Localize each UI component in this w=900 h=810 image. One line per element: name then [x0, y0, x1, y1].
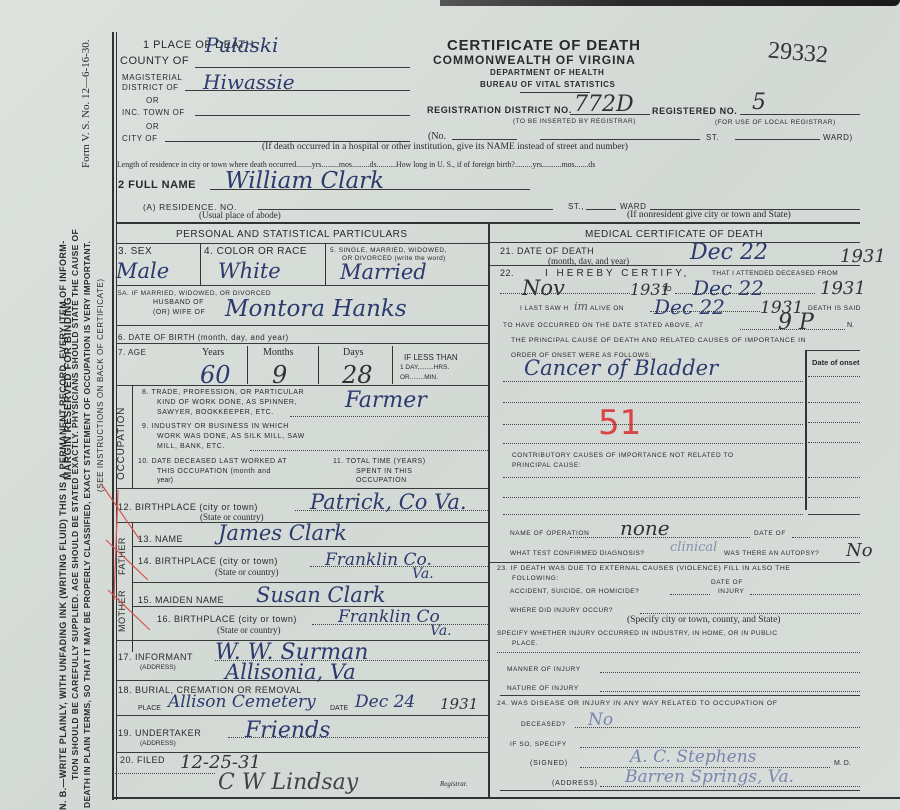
registered-line [740, 114, 860, 115]
trade-label-2: KIND OF WORK DONE, AS SPINNER, [157, 399, 297, 406]
residence-line [258, 209, 553, 210]
spouse-label-3: (OR) WIFE OF [153, 309, 205, 316]
street-line [540, 139, 700, 140]
scan-edge-shadow [440, 0, 900, 6]
signed-label: (SIGNED) [530, 760, 568, 767]
margin-line-4: (SEE INSTRUCTIONS ON BACK OF CERTIFICATE… [96, 278, 105, 492]
form-id: Form V. S. No. 12—6-16-30. [80, 39, 92, 168]
death-certificate: Form V. S. No. 12—6-16-30. MARGIN RESERV… [0, 0, 900, 810]
death-said-label: DEATH IS SAID [808, 305, 861, 312]
years-label: Years [202, 347, 224, 358]
residence-st-line [586, 209, 616, 210]
operation-label: NAME OF OPERATION [510, 530, 589, 537]
last-saw-label: I LAST SAW H [520, 305, 569, 312]
spouse-label-2: HUSBAND OF [153, 299, 204, 306]
where-label: WHERE DID INJURY OCCUR? [510, 607, 613, 614]
district-line [185, 90, 410, 91]
onset-label: Date of onset [812, 358, 860, 367]
mother-name-value: Susan Clark [256, 583, 385, 607]
contrib-label-2: PRINCIPAL CAUSE: [512, 462, 581, 469]
reg-district-note: (TO BE INSERTED BY REGISTRAR) [513, 118, 636, 125]
registrar-signature: C W Lindsay [218, 770, 358, 795]
red-classification-code: 51 [598, 403, 641, 443]
ifso-label: IF SO, SPECIFY [510, 741, 567, 748]
burial-year-value: 1931 [440, 695, 478, 713]
registered-value: 5 [752, 90, 766, 115]
county-value: Pulaski [205, 33, 278, 57]
totaltime-label-3: OCCUPATION [356, 477, 407, 484]
full-name-label: 2 FULL NAME [118, 179, 196, 191]
undertaker-sub: (ADDRESS) [140, 740, 176, 747]
lastworked-label-2: THIS OCCUPATION (month and [157, 468, 271, 475]
registered-label: REGISTERED NO. [652, 106, 737, 116]
less-label-3: OR........MIN. [400, 374, 438, 381]
red-check-marks [100, 480, 160, 650]
mother-bp-state: Va. [430, 623, 452, 639]
signed-value: A. C. Stephens [630, 747, 756, 767]
certificate-title: CERTIFICATE OF DEATH [447, 37, 641, 54]
town-line [195, 115, 410, 116]
industry-label-1: 9. INDUSTRY OR BUSINESS IN WHICH [142, 423, 289, 430]
nature-label: NATURE OF INJURY [507, 685, 579, 692]
attended-from: Nov [522, 276, 565, 300]
mother-bp-sub: (State or country) [217, 625, 280, 635]
or-1: OR [146, 96, 159, 105]
personal-heading: PERSONAL AND STATISTICAL PARTICULARS [176, 229, 408, 240]
n-label: N. [847, 322, 854, 329]
accident-label: ACCIDENT, SUICIDE, OR HOMICIDE? [510, 588, 639, 595]
occupation-side-label: OCCUPATION [116, 407, 127, 480]
totaltime-label-2: SPENT IN THIS [356, 468, 412, 475]
nonresident-note: (If nonresident give city or town and St… [627, 210, 791, 220]
filed-label: 20. FILED [120, 755, 165, 765]
registered-note: (FOR USE OF LOCAL REGISTRAR) [715, 119, 836, 126]
cause-value: Cancer of Bladder [524, 356, 718, 380]
hospital-note: (If death occurred in a hospital or othe… [262, 142, 628, 152]
mother-bp-label: 16. BIRTHPLACE (city or town) [157, 614, 297, 624]
certify-label: I HEREBY CERTIFY, [545, 268, 689, 279]
last-saw-him: im [574, 300, 588, 313]
reg-district-line [570, 114, 650, 115]
father-name-value: James Clark [218, 521, 347, 545]
margin-line-1: N. B.—WRITE PLAINLY, WITH UNFADING INK (… [58, 240, 68, 810]
age-label: 7. AGE [118, 348, 146, 357]
date-of-label: DATE OF [711, 579, 743, 586]
race-label: 4. COLOR OR RACE [204, 246, 307, 257]
days-label: Days [343, 347, 364, 358]
registrar-label: Registrar. [440, 780, 467, 788]
op-date-label: DATE OF [754, 530, 786, 537]
county-line [195, 67, 410, 68]
related-label-2: DECEASED? [521, 721, 566, 728]
industry-label-3: MILL, BANK, ETC. [157, 443, 225, 450]
months-label: Months [263, 347, 294, 358]
burial-date-label: DATE [330, 705, 348, 712]
trade-label-3: SAWYER, BOOKKEEPER, ETC. [157, 409, 274, 416]
test-value: clinical [670, 540, 717, 555]
trade-value: Farmer [345, 388, 427, 413]
lastworked-label-1: 10. DATE DECEASED LAST WORKED AT [138, 458, 287, 465]
margin-line-3: DEATH IN PLAIN TERMS, SO THAT IT MAY BE … [82, 241, 92, 808]
certificate-number: 29332 [767, 37, 829, 69]
onset-column-border [805, 350, 807, 510]
department-label: DEPARTMENT OF HEALTH [490, 68, 604, 77]
medical-heading: MEDICAL CERTIFICATE OF DEATH [585, 229, 763, 240]
address-label: (ADDRESS) [552, 780, 598, 787]
father-bp-sub: (State or country) [215, 567, 278, 577]
injury-date-label: INJURY [718, 588, 744, 595]
street-no-label: (No. [428, 131, 446, 142]
ward-label: WARD) [823, 133, 853, 142]
race-value: White [218, 259, 281, 283]
attended-to-year: 1931 [820, 278, 866, 299]
occurred-label: TO HAVE OCCURRED ON THE DATE STATED ABOV… [503, 322, 704, 329]
cause-label-1: THE PRINCIPAL CAUSE OF DEATH AND RELATED… [511, 337, 806, 344]
dod-year: 1931 [840, 246, 886, 267]
certify-number: 22. [500, 268, 514, 278]
town-label: INC. TOWN OF [122, 108, 185, 117]
full-name-value: William Clark [225, 168, 384, 194]
undertaker-value: Friends [245, 718, 330, 743]
sex-value: Male [116, 259, 169, 283]
undertaker-label: 19. UNDERTAKER [118, 728, 201, 738]
contrib-label-1: CONTRIBUTORY CAUSES OF IMPORTANCE NOT RE… [512, 452, 734, 459]
dod-value: Dec 22 [690, 240, 768, 265]
address-value: Barren Springs, Va. [625, 767, 794, 787]
informant-label: 17. INFORMANT [118, 652, 193, 662]
street-label: ST. [706, 133, 719, 142]
to-label: TO [662, 286, 672, 293]
where-sub: (Specify city or town, county, and State… [627, 615, 780, 625]
time-value: 9 P [778, 310, 814, 335]
ward-line [735, 139, 820, 140]
specify-label-2: PLACE. [512, 640, 538, 647]
burial-place-label: PLACE [138, 705, 161, 712]
county-label: COUNTY OF [120, 55, 189, 67]
autopsy-value: No [846, 540, 873, 561]
specify-label-1: SPECIFY WHETHER INJURY OCCURRED IN INDUS… [497, 630, 778, 637]
district-label-2: DISTRICT OF [122, 83, 179, 92]
md-label: M. D. [834, 760, 851, 767]
left-border [112, 32, 114, 800]
marital-value: Married [340, 260, 427, 284]
or-2: OR [146, 122, 159, 131]
city-label: CITY OF [122, 134, 158, 143]
totaltime-label-1: 11. TOTAL TIME (YEARS) [333, 458, 426, 465]
spouse-value: Montora Hanks [225, 296, 407, 322]
informant-sub: (ADDRESS) [140, 664, 176, 671]
dod-label: 21. DATE OF DEATH [500, 246, 594, 256]
full-name-line [210, 189, 530, 190]
external-label-2: FOLLOWING: [512, 575, 559, 582]
less-label-2: 1 DAY,........HRS. [400, 364, 449, 371]
dob-label: 6. DATE OF BIRTH (month, day, and year) [118, 333, 289, 342]
marital-label-1: 5. SINGLE, MARRIED, WIDOWED, [330, 247, 447, 254]
test-label: WHAT TEST CONFIRMED DIAGNOSIS? [510, 550, 644, 557]
father-bp-state: Va. [412, 566, 434, 582]
autopsy-label: WAS THERE AN AUTOPSY? [724, 550, 819, 557]
column-divider [488, 222, 490, 797]
district-label-1: MAGISTERIAL [122, 73, 182, 82]
last-saw-value: Dec 22 [654, 295, 725, 319]
sex-label: 3. SEX [118, 246, 152, 257]
manner-label: MANNER OF INJURY [507, 666, 581, 673]
less-label-1: IF LESS THAN [404, 353, 458, 362]
street-no-line [452, 139, 517, 140]
bottom-border [112, 797, 900, 799]
related-label-1: 24. WAS DISEASE OR INJURY IN ANY WAY REL… [497, 700, 778, 707]
burial-place-value: Allison Cemetery [168, 692, 316, 712]
industry-label-2: WORK WAS DONE, AS SILK MILL, SAW [157, 433, 305, 440]
margin-line-2: TION SHOULD BE CAREFULLY SUPPLIED. AGE S… [70, 229, 80, 780]
residence-st-label: ST., [568, 202, 584, 211]
alive-label: ALIVE ON [590, 305, 624, 312]
external-label-1: 23. IF DEATH WAS DUE TO EXTERNAL CAUSES … [497, 565, 791, 572]
bureau-label: BUREAU OF VITAL STATISTICS [480, 80, 615, 89]
commonwealth-title: COMMONWEALTH OF VIRGINA [433, 53, 636, 67]
residence-note: (Usual place of abode) [199, 210, 281, 220]
burial-date-value: Dec 24 [355, 692, 415, 712]
reg-district-label: REGISTRATION DISTRICT NO. [427, 105, 572, 115]
trade-label-1: 8. TRADE, PROFESSION, OR PARTICULAR [142, 389, 304, 396]
